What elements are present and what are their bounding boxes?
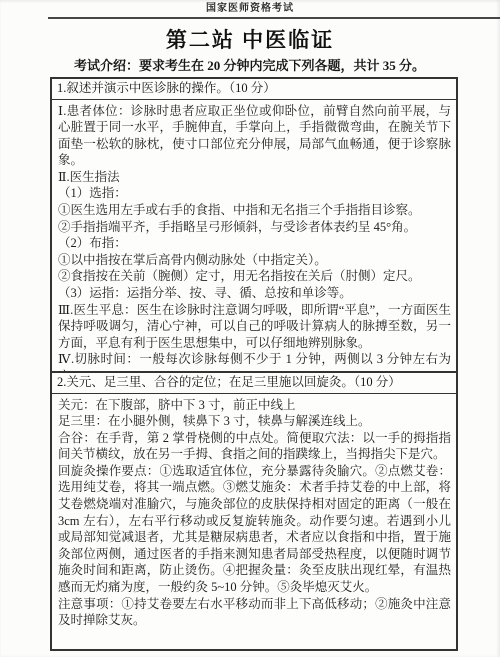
running-header: 国家医师资格考试 xyxy=(0,0,500,15)
question2-paragraph: 足三里：在小腿外侧，犊鼻下 3 寸，犊鼻与解溪连线上。 xyxy=(58,413,451,430)
question2-box: 2.关元、足三里、合谷的定位；在足三里施以回旋灸。（10 分） 关元：在下腹部，… xyxy=(50,373,458,651)
question1-box: 1.叙述并演示中医诊脉的操作。（10 分） Ⅰ.患者体位：诊脉时患者应取正坐位或… xyxy=(50,77,458,373)
question1-paragraph: Ⅳ.切脉时间：一般每次诊脉每侧不少于 1 分钟，两侧以 3 分钟左右为宜。 xyxy=(58,351,451,373)
exam-page: 国家医师资格考试 第二站 中医临证 考试介绍：要求考生在 20 分钟内完成下列各… xyxy=(0,0,500,657)
question1-paragraph: Ⅱ.医生指法 xyxy=(58,169,451,186)
question1-paragraph: （2）布指： xyxy=(58,235,451,252)
question1-heading: 1.叙述并演示中医诊脉的操作。（10 分） xyxy=(52,79,456,100)
question1-paragraph: ①医生选用左手或右手的食指、中指和无名指三个手指指目诊察。 xyxy=(58,202,451,219)
header-rule xyxy=(48,17,500,19)
page-title: 第二站 中医临证 xyxy=(0,28,500,53)
question1-paragraph: （1）选指： xyxy=(58,185,451,202)
question1-paragraph: ②手指指端平齐，手指略呈弓形倾斜，与受诊者体表约呈 45°角。 xyxy=(58,219,451,236)
question1-paragraph: ①以中指按在掌后高骨内侧动脉处（中指定关）。 xyxy=(58,252,451,269)
question1-content: Ⅰ.患者体位：诊脉时患者应取正坐位或仰卧位，前臂自然向前平展，与心脏置于同一水平… xyxy=(52,100,456,374)
question2-paragraph: 合谷：在手背，第 2 掌骨桡侧的中点处。简便取穴法：以一手的拇指指间关节横纹，放… xyxy=(58,430,451,463)
question2-content: 关元：在下腹部，脐中下 3 寸，前正中线上 足三里：在小腿外侧，犊鼻下 3 寸，… xyxy=(52,394,456,629)
question2-paragraph: 注意事项：①持艾卷要左右水平移动而非上下高低移动；②施灸中注意及时掸除艾灰。 xyxy=(58,596,451,629)
exam-intro: 考试介绍：要求考生在 20 分钟内完成下列各题，共计 35 分。 xyxy=(74,58,470,74)
question1-paragraph: ②食指按在关前（腕侧）定寸，用无名指按在关后（肘侧）定尺。 xyxy=(58,268,451,285)
question2-paragraph: 关元：在下腹部，脐中下 3 寸，前正中线上 xyxy=(58,397,451,414)
question2-paragraph: 回旋灸操作要点：①选取适宜体位，充分暴露待灸腧穴。②点燃艾卷：选用纯艾卷，将其一… xyxy=(58,463,451,596)
question1-paragraph: Ⅰ.患者体位：诊脉时患者应取正坐位或仰卧位，前臂自然向前平展，与心脏置于同一水平… xyxy=(58,103,451,169)
question2-heading: 2.关元、足三里、合谷的定位；在足三里施以回旋灸。（10 分） xyxy=(52,373,456,394)
question1-paragraph: （3）运指：运指分举、按、寻、循、总按和单诊等。 xyxy=(58,285,451,302)
question1-paragraph: Ⅲ.医生平息：医生在诊脉时注意调匀呼吸，即所谓“平息”，一方面医生保持呼吸调匀，… xyxy=(58,302,451,352)
